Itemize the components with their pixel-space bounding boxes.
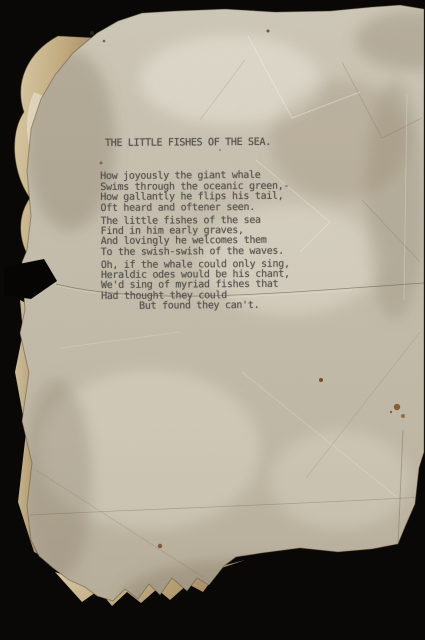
poem-line: Oft heard and oftener seen. <box>100 202 289 214</box>
aged-paper-sheet <box>0 0 425 640</box>
photo-of-typewritten-poem: THE LITTLE FISHES OF THE SEA. How joyous… <box>0 0 425 640</box>
poem-text-block: THE LITTLE FISHES OF THE SEA. How joyous… <box>100 138 290 313</box>
poem-line: But found they can't. <box>139 301 290 312</box>
poem-title: THE LITTLE FISHES OF THE SEA. <box>105 138 289 150</box>
paper-grain-texture <box>0 0 425 640</box>
poem-stanza-1: How joyously the giant whale Swims throu… <box>100 171 289 214</box>
poem-stanza-2: The little fishes of the sea Find in him… <box>101 215 290 258</box>
poem-line: To the swish-swish of the waves. <box>101 246 290 258</box>
poem-stanza-3: Oh, if the whale could only sing, Herald… <box>101 259 290 312</box>
